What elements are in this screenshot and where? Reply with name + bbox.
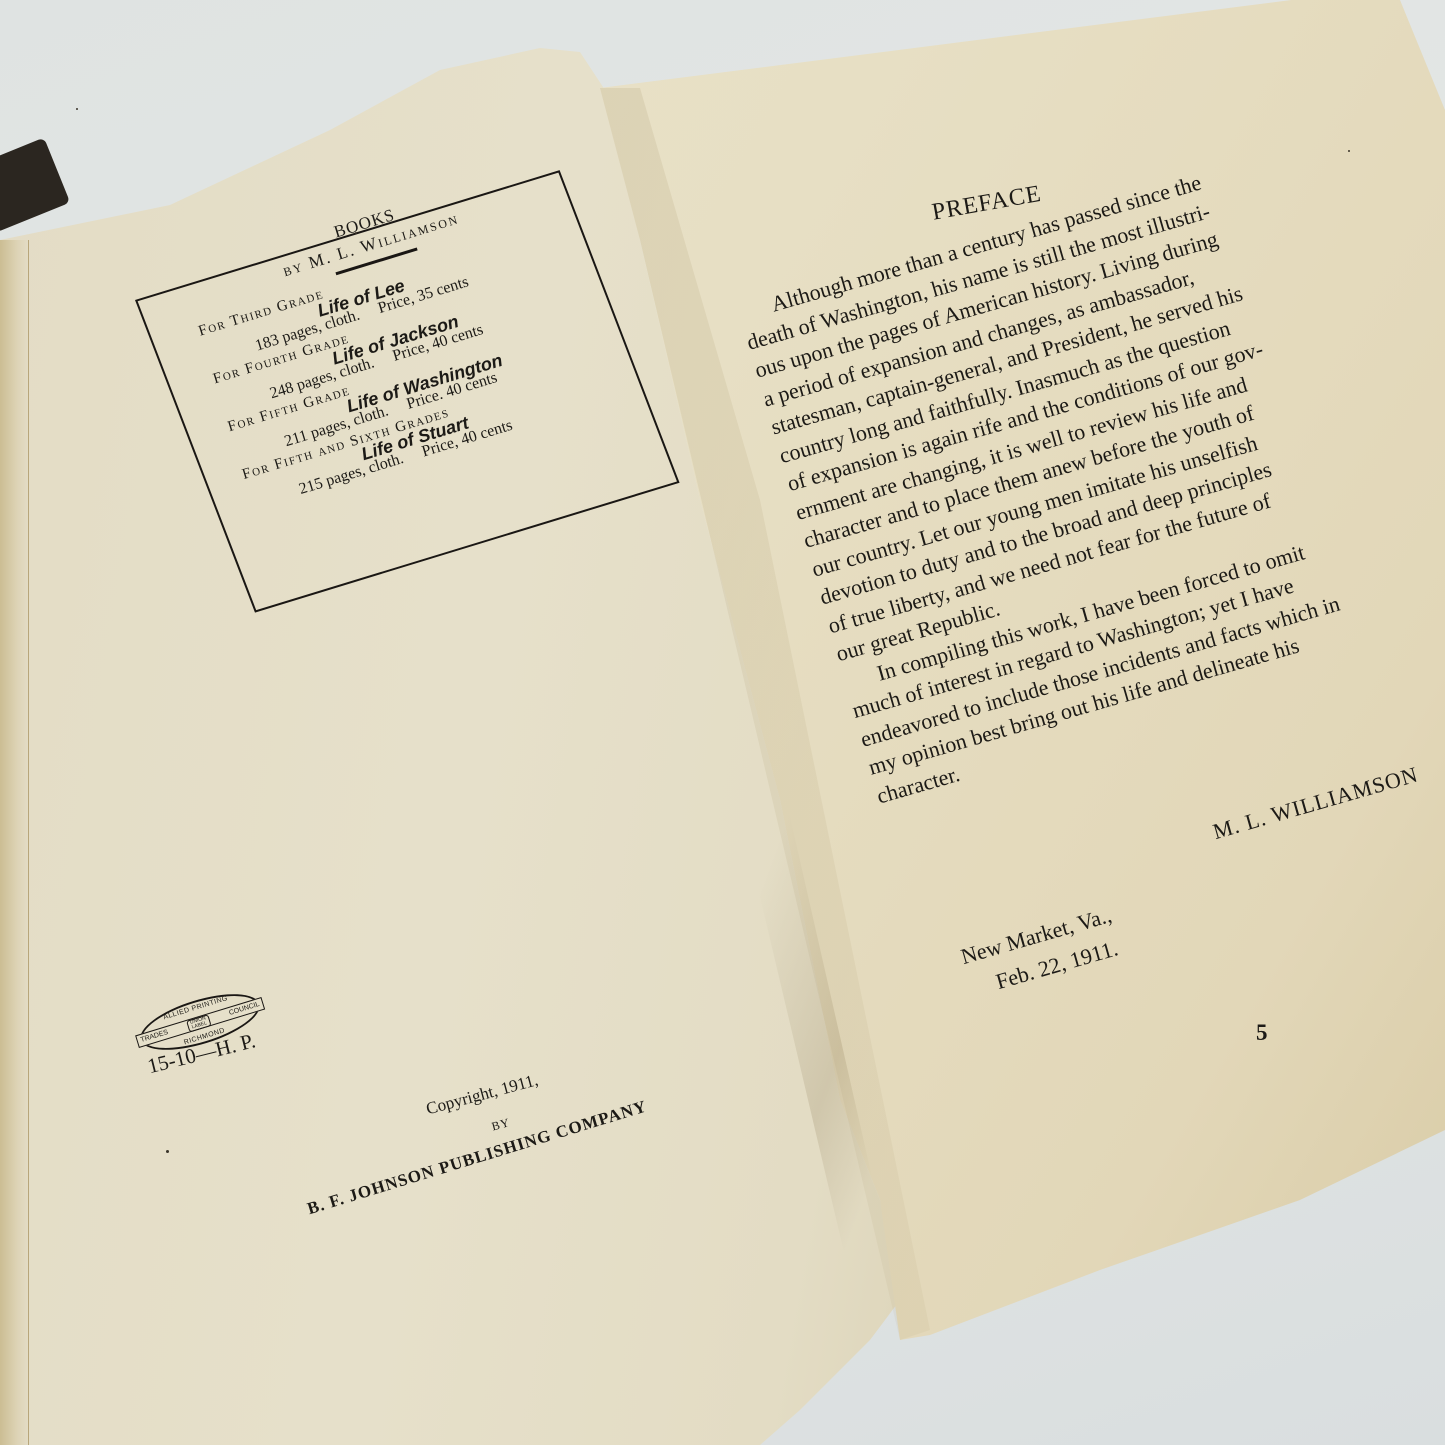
page-block-edge: [0, 240, 29, 1445]
union-label-center: UNIONLABEL: [186, 1014, 211, 1032]
paper-speck: [355, 232, 357, 234]
union-label-right: COUNCIL: [228, 1001, 260, 1017]
paper-speck: [1348, 150, 1350, 152]
book-cover-edge: [0, 138, 70, 233]
page-number: 5: [1256, 1020, 1268, 1046]
paper-speck: [76, 108, 78, 110]
paper-speck: [166, 1150, 169, 1153]
union-label-left: TRADES: [140, 1029, 169, 1044]
